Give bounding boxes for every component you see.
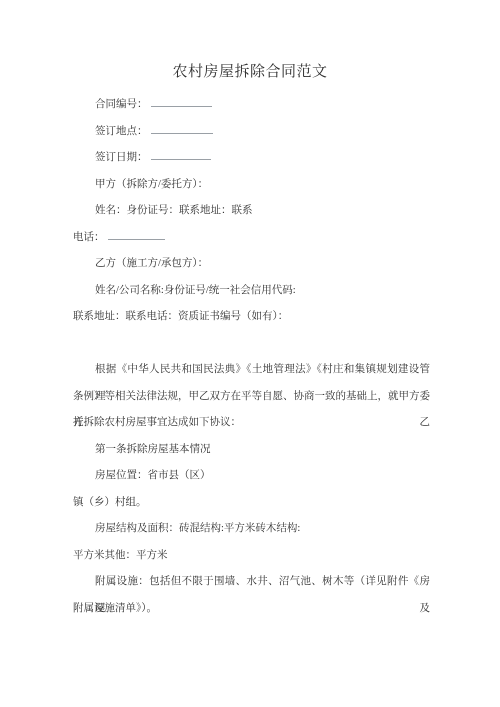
line-text: 房屋结构及面积：砖混结构:平方米砖木结构: [95,523,300,534]
fill-in-blank-underline [108,230,165,240]
document-line: 镇（乡）村组。 [73,490,430,517]
line-text: 第一条拆除房屋基本情况 [95,444,211,455]
line-text: 联系地址：联系电话：资质证书编号（如有）： [73,311,288,322]
document-line: 第一条拆除房屋基本情况 [73,437,430,464]
line-text: 乙方（施工方/承包方）： [95,258,208,269]
document-line: 根据《中华人民共和国民法典》《土地管理法》《村庄和集镇规划建设管理 [73,357,430,384]
document-line: 房屋结构及面积：砖混结构:平方米砖木结构: [73,516,430,543]
line-text: 镇（乡）村组。 [73,497,147,508]
document-line: 签订地点： [73,119,430,146]
line-text: 房屋位置：省市县（区） [95,470,211,481]
document-line: 平方米其他：平方米 [73,543,430,570]
line-text: 附属设施清单》）。 [73,603,157,614]
document-line: 甲方（拆除方/委托方）： [73,172,430,199]
line-text: 甲方（拆除方/委托方）： [95,179,208,190]
line-text: 姓名：身份证号：联系地址：联系 [95,205,253,216]
fill-in-blank-underline [151,150,211,160]
document-body: 合同编号：签订地点：签订日期：甲方（拆除方/委托方）：姓名：身份证号：联系地址：… [0,83,500,622]
document-line: 条例》等相关法律法规，甲乙双方在平等自愿、协商一致的基础上，就甲方委托乙 [73,384,430,411]
document-line: 房屋位置：省市县（区） [73,463,430,490]
document-line: 附属设施：包括但不限于围墙、水井、沼气池、树木等（详见附件《房屋及 [73,569,430,596]
line-text: 合同编号： [95,99,148,110]
document-line: 合同编号： [73,92,430,119]
document-line: 姓名：身份证号：联系地址：联系 [73,198,430,225]
line-text: 姓名/公司名称:身份证号/统一社会信用代码: [95,285,296,296]
fill-in-blank-underline [151,97,212,107]
document-line: 姓名/公司名称:身份证号/统一社会信用代码: [73,278,430,305]
document-title: 农村房屋拆除合同范文 [0,0,500,83]
document-line: 联系地址：联系电话：资质证书编号（如有）： [73,304,430,331]
document-line: 乙方（施工方/承包方）： [73,251,430,278]
contract-document-page: 农村房屋拆除合同范文 合同编号：签订地点：签订日期：甲方（拆除方/委托方）：姓名… [0,0,500,707]
line-text: 电话： [73,232,105,243]
document-line: 签订日期： [73,145,430,172]
document-line: 电话： [73,225,430,252]
line-text: 平方米其他：平方米 [73,550,168,561]
blank-line [73,331,430,358]
line-text: 签订日期： [95,152,148,163]
fill-in-blank-underline [151,124,213,134]
line-text: 方拆除农村房屋事宜达成如下协议： [73,417,241,428]
line-text: 签订地点： [95,126,148,137]
